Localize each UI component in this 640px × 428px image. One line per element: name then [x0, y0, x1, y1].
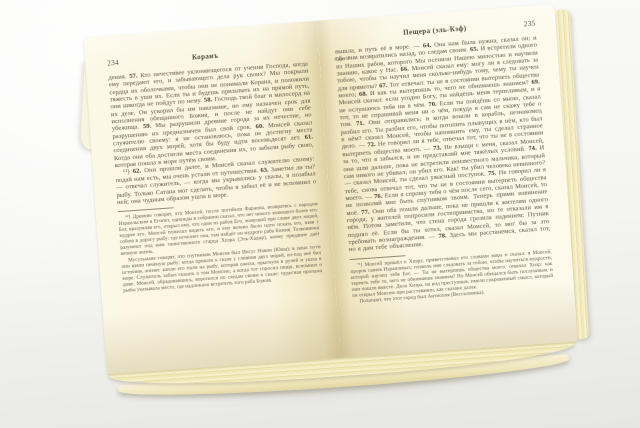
photo-background: 234 Коранъ дения. 57. Кто нечестивее укл… [0, 0, 640, 428]
right-page: Пещера (эль-Кэф) 235 Сур. 18 вышла, и пу… [317, 4, 578, 358]
left-page: 234 Коранъ дения. 57. Кто нечестивее укл… [83, 21, 340, 374]
right-page-number: 235 [505, 20, 535, 30]
left-header-spacer [273, 52, 303, 54]
open-book: 234 Коранъ дения. 57. Кто нечестивее укл… [83, 4, 586, 412]
right-running-head: Пещера (эль-Кэф) [364, 22, 506, 40]
left-running-head: Коранъ [137, 48, 273, 65]
right-header-spacer [334, 38, 364, 40]
book-spread: 234 Коранъ дения. 57. Кто нечестивее укл… [83, 4, 577, 374]
right-body-paragraph-1: вышла, и путь её в море. — 64. Она нам б… [335, 35, 551, 254]
left-body-paragraph-1: дения. 57. Кто нечестивее уклоняющегося … [108, 61, 314, 170]
left-page-number: 234 [107, 57, 137, 67]
